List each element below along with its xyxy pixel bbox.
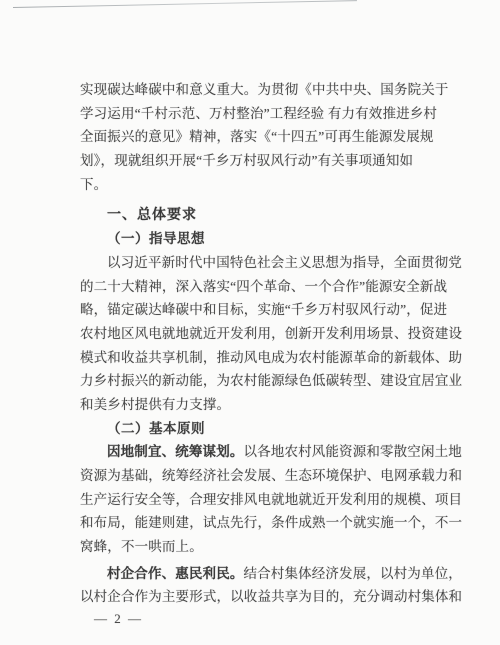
text-line: 资源为基础，统筹经济社会发展、生态环境保护、电网承载力和 <box>80 464 462 488</box>
paragraph-heading2: （一）指导思想 <box>80 227 462 251</box>
text-line: 力乡村振兴的新动能，为农村能源绿色低碳转型、建设宜居宜业 <box>80 369 462 393</box>
text-line: （一）指导思想 <box>80 227 462 251</box>
paragraph-body: 因地制宜、统筹谋划。以各地农村风能资源和零散空闲土地资源为基础，统筹经济社会发展… <box>80 440 462 558</box>
text-line: 下。 <box>80 173 462 197</box>
text-line: 的二十大精神，深入落实“四个革命、一个合作”能源安全新战 <box>80 275 462 299</box>
text-line: 全面振兴的意见》精神，落实《“十四五”可再生能源发展规 <box>80 125 462 149</box>
text-line: 生产运行安全等，合理安排风电就地就近开发利用的规模、项目 <box>80 488 462 512</box>
lead-in-emphasis: 村企合作、惠民利民。 <box>107 566 244 581</box>
text-line: 和美乡村提供有力支撑。 <box>80 393 462 417</box>
page-number: — 2 — <box>94 611 143 627</box>
text-line: 因地制宜、统筹谋划。以各地农村风能资源和零散空闲土地 <box>80 440 462 464</box>
document-page: 实现碳达峰碳中和意义重大。为贯彻《中共中央、国务院关于学习运用“千村示范、万村整… <box>0 0 500 645</box>
text-line: 一、总体要求 <box>80 203 462 227</box>
text-line: 窝蜂，不一哄而上。 <box>80 535 462 559</box>
paragraph-body: 村企合作、惠民利民。结合村集体经济发展，以村为单位，以村企合作为主要形式，以收益… <box>80 562 462 609</box>
paragraph-heading2: （二）基本原则 <box>80 417 462 441</box>
text-line: 略，锚定碳达峰碳中和目标，实施“千乡万村驭风行动”，促进 <box>80 298 462 322</box>
document-body: 实现碳达峰碳中和意义重大。为贯彻《中共中央、国务院关于学习运用“千村示范、万村整… <box>80 78 462 609</box>
text-line: 实现碳达峰碳中和意义重大。为贯彻《中共中央、国务院关于 <box>80 78 462 102</box>
text-line: 学习运用“千村示范、万村整治”工程经验 有力有效推进乡村 <box>80 102 462 126</box>
text-line: （二）基本原则 <box>80 417 462 441</box>
paragraph-heading1: 一、总体要求 <box>80 203 462 227</box>
text-line: 村企合作、惠民利民。结合村集体经济发展，以村为单位， <box>80 562 462 586</box>
text-line: 以村企合作为主要形式，以收益共享为目的，充分调动村集体和 <box>80 585 462 609</box>
scan-artifact-line <box>13 0 357 8</box>
paragraph-body: 实现碳达峰碳中和意义重大。为贯彻《中共中央、国务院关于学习运用“千村示范、万村整… <box>80 78 462 196</box>
text-line: 以习近平新时代中国特色社会主义思想为指导，全面贯彻党 <box>80 251 462 275</box>
paragraph-body: 以习近平新时代中国特色社会主义思想为指导，全面贯彻党的二十大精神，深入落实“四个… <box>80 251 462 417</box>
text-line: 模式和收益共享机制，推动风电成为农村能源革命的新载体、助 <box>80 346 462 370</box>
text-line: 农村地区风电就地就近开发利用，创新开发利用场景、投资建设 <box>80 322 462 346</box>
text-line: 和布局，能建则建，试点先行，条件成熟一个就实施一个，不一 <box>80 511 462 535</box>
text-line: 划》，现就组织开展“千乡万村驭风行动”有关事项通知如 <box>80 149 462 173</box>
lead-in-emphasis: 因地制宜、统筹谋划。 <box>107 444 244 459</box>
